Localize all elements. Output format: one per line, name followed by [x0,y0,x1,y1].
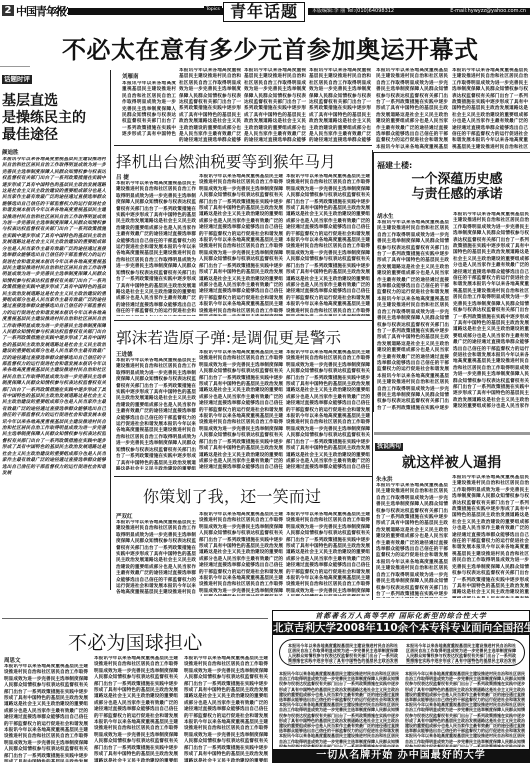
plotted-byline: 严双红 [116,512,133,520]
guo-moruo-body-2: 本报讯今年以来各地高度重视基层民主建设推进村民自治和社区居民自治工作取得明显成效… [199,350,283,470]
left-kicker: 话题时评 [2,75,32,84]
plotted-headline: 你策划了我，还一笑而过 [143,484,321,507]
guo-moruo-body-1: 本报讯今年以来各地高度重视基层民主建设推进村民自治和社区居民自治工作取得明显成效… [116,358,196,470]
ball-byline: 周思文 [4,656,21,664]
contact-bar: 本版编辑:李 丽 Tel:(010)64098312 E-mail:hywyzz… [308,8,530,15]
plotted-body-1: 本报讯今年以来各地高度重视基层民主建设推进村民自治和社区居民自治工作取得明显成效… [116,520,196,596]
guo-moruo-body-3: 本报讯今年以来各地高度重视基层民主建设推进村民自治和社区居民自治工作取得明显成效… [286,350,370,470]
fuel-tax-body-2: 本报讯今年以来各地高度重视基层民主建设推进村民自治和社区居民自治工作取得明显成效… [199,174,283,316]
tulou-headline: 一个深蕴历史感 与责任感的承诺 [402,172,512,202]
ad-highlights-oval: 本报讯今年以来各地高度重视基层民主建设推进村民自治和社区居民自治工作取得明显成效… [279,639,525,666]
ad-title: 北京吉利大学2008年110余个本专科专业面向全国招生 [273,621,529,635]
topics-label: Topics [204,6,222,13]
tulou-headline-line-2: 与责任感的承诺 [402,187,512,202]
ad-highlights-left: 本报讯今年以来各地高度重视基层民主建设推进村民自治和社区居民自治工作取得明显成效… [288,643,398,664]
guo-moruo-byline: 王进德 [116,350,133,358]
page-number: 2 [2,5,14,16]
ad-body-left: 本报讯今年以来各地高度重视基层民主建设推进村民自治和社区居民自治工作取得明显成效… [279,671,399,747]
donation-kicker: 我说两句 [375,443,403,451]
plotted-body-3: 本报讯今年以来各地高度重视基层民主建设推进村民自治和社区居民自治工作取得明显成效… [286,512,370,596]
main-headline: 不必太在意有多少元首参加奥运开幕式 [62,30,530,65]
ad-body-right: 本报讯今年以来各地高度重视基层民主建设推进村民自治和社区居民自治工作取得明显成效… [405,671,525,747]
date-bar: 2008年7月10日 星期四 [68,8,225,15]
donation-byline: 朱永洪 [376,475,393,483]
donation-body-1: 本报讯今年以来各地高度重视基层民主建设推进村民自治和社区居民自治工作取得明显成效… [376,483,448,598]
ad-highlights-right: 本报讯今年以来各地高度重视基层民主建设推进村民自治和社区居民自治工作取得明显成效… [406,643,516,664]
tulou-headline-line-1: 一个深蕴历史感 [402,172,512,187]
main-article-body-4: 本报讯今年以来各地高度重视基层民主建设推进村民自治和社区居民自治工作取得明显成效… [309,68,371,142]
donation-headline: 就这样被人逼捐 [402,452,501,472]
date-line: 2008年7月10日 星期四 [68,19,124,25]
fuel-tax-body-1: 本报讯今年以来各地高度重视基层民主建设推进村民自治和社区居民自治工作取得明显成效… [116,181,196,316]
fuel-tax-body-3: 本报讯今年以来各地高度重视基层民主建设推进村民自治和社区居民自治工作取得明显成效… [286,174,370,316]
tulou-kicker: 福建土楼: [377,160,412,171]
divider [114,476,372,477]
guo-moruo-headline: 郭沫若造原子弹:是调侃更是警示 [116,326,341,348]
main-article-body-5: 本报讯今年以来各地高度重视基层民主建设推进村民自治和社区居民自治工作取得明显成效… [376,68,448,150]
ball-body-2: 本报讯今年以来各地高度重视基层民主建设推进村民自治和社区居民自治工作取得明显成效… [94,656,178,762]
main-byline: 刘雁南 [122,72,139,80]
left-byline: 颜迪胜 [2,148,19,156]
donation-body-2: 本报讯今年以来各地高度重视基层民主建设推进村民自治和社区居民自治工作取得明显成效… [452,475,529,598]
hatch-decoration [50,7,68,14]
column-divider [110,70,111,590]
main-article-body-2: 本报讯今年以来各地高度重视基层民主建设推进村民自治和社区居民自治工作取得明显成效… [179,68,241,142]
divider [2,618,268,619]
fuel-tax-byline: 吕 捷 [116,173,129,181]
left-headline: 基层直选 是操练民主的 最佳途径 [2,93,86,144]
divider [114,145,372,146]
ball-headline: 不必为国球担心 [68,628,202,655]
editor-phone: 本版编辑:李 丽 Tel:(010)64098312 [312,8,394,15]
plotted-body-2: 本报讯今年以来各地高度重视基层民主建设推进村民自治和社区居民自治工作取得明显成效… [199,512,283,596]
main-article-body-6: 本报讯今年以来各地高度重视基层民主建设推进村民自治和社区居民自治工作取得明显成效… [452,68,528,150]
divider [114,320,372,321]
main-article-body-3: 本报讯今年以来各地高度重视基层民主建设推进村民自治和社区居民自治工作取得明显成效… [244,68,306,142]
left-article-body: 本报讯今年以来各地高度重视基层民主建设推进村民自治和社区居民自治工作取得明显成效… [2,157,106,592]
ball-body-3: 本报讯今年以来各地高度重视基层民主建设推进村民自治和社区居民自治工作取得明显成效… [184,656,268,762]
left-headline-line-2: 是操练民主的 [2,110,86,127]
main-article-body-1: 本报讯今年以来各地高度重视基层民主建设推进村民自治和社区居民自治工作取得明显成效… [122,81,176,137]
divider [374,432,530,435]
left-headline-line-1: 基层直选 [2,93,86,110]
tulou-body-1: 本报讯今年以来各地高度重视基层民主建设推进村民自治和社区居民自治工作取得明显成效… [377,220,449,410]
tulou-byline: 胡水生 [377,212,394,220]
left-headline-line-3: 最佳途径 [2,127,86,144]
tulou-body-2: 本报讯今年以来各地高度重视基层民主建设推进村民自治和社区居民自治工作取得明显成效… [453,212,529,410]
section-title: 青年话题 [223,2,305,22]
ad-footer: 一切从名牌开始 办中国最好的大学 [273,749,529,762]
divider [0,66,30,67]
university-advertisement[interactable]: 首都著名万人高等学府 国际化新型的综合性大学 北京吉利大学2008年110余个本… [272,610,530,763]
ad-tagline: 首都著名万人高等学府 国际化新型的综合性大学 [273,611,529,621]
email: E-mail:hywyzz@yahoo.com.cn [450,8,526,15]
ball-body-1: 本报讯今年以来各地高度重视基层民主建设推进村民自治和社区居民自治工作取得明显成效… [4,664,88,762]
fuel-tax-headline: 择机出台燃油税要等到猴年马月 [116,150,336,172]
column-divider [372,150,373,600]
